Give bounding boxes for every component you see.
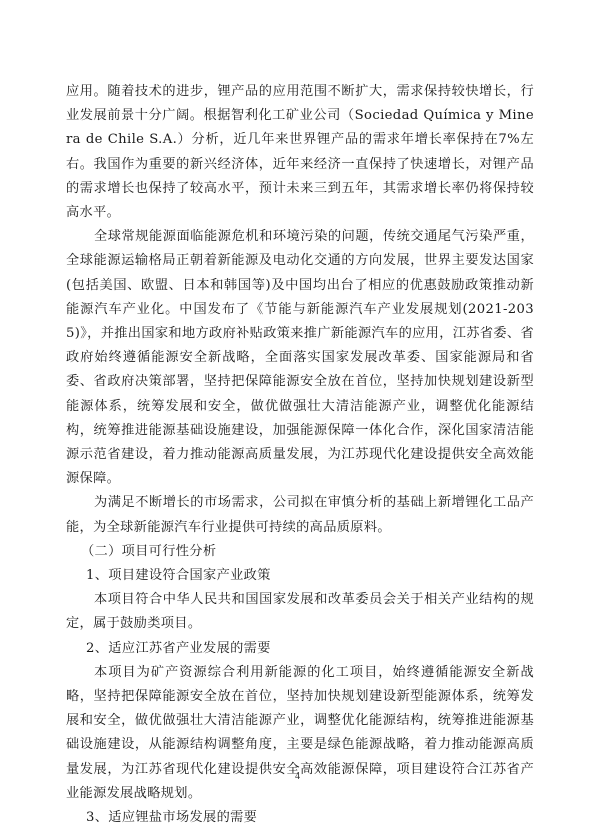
page-number: 4	[0, 771, 595, 782]
paragraph-lithium-demand: 应用。随着技术的进步，锂产品的应用范围不断扩大，需求保持较快增长，行业发展前景十…	[66, 80, 534, 225]
subheading-national-policy: 1、项目建设符合国家产业政策	[66, 564, 534, 588]
section-heading-feasibility: （二）项目可行性分析	[66, 540, 534, 564]
document-page: 应用。随着技术的进步，锂产品的应用范围不断扩大，需求保持较快增长，行业发展前景十…	[66, 80, 534, 830]
paragraph-jiangsu-development: 本项目为矿产资源综合利用新能源的化工项目，始终遵循能源安全新战略，坚持把保障能源…	[66, 661, 534, 806]
paragraph-global-energy: 全球常规能源面临能源危机和环境污染的问题，传统交通尾气污染严重，全球能源运输格局…	[66, 225, 534, 491]
paragraph-capacity-expansion: 为满足不断增长的市场需求，公司拟在审慎分析的基础上新增锂化工品产能，为全球新能源…	[66, 491, 534, 539]
subheading-jiangsu-development: 2、适应江苏省产业发展的需要	[66, 637, 534, 661]
subheading-lithium-market: 3、适应锂盐市场发展的需要	[66, 806, 534, 830]
paragraph-national-policy: 本项目符合中华人民共和国国家发展和改革委员会关于相关产业结构的规定，属于鼓励类项…	[66, 588, 534, 636]
